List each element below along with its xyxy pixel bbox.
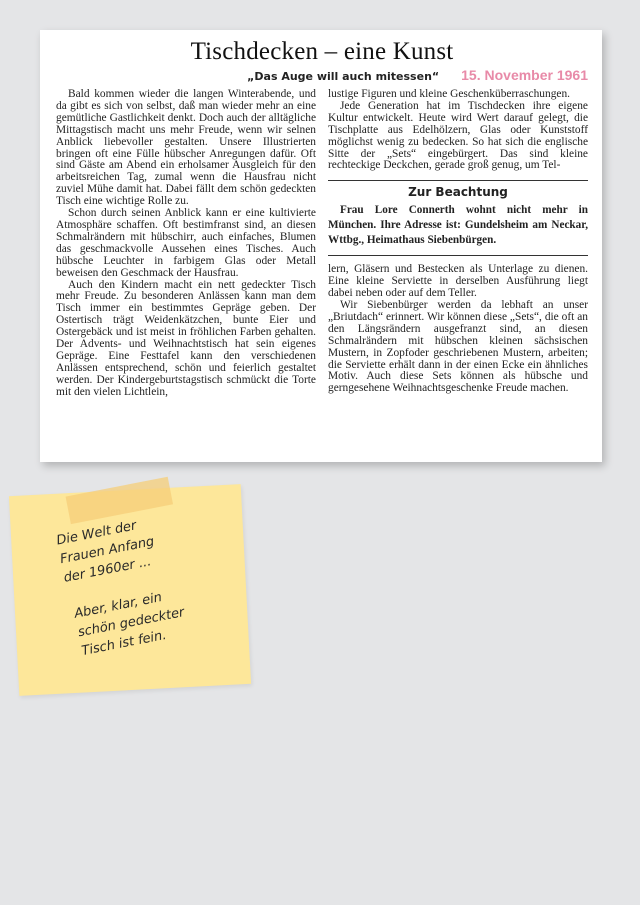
article-columns: Bald kommen wieder die langen Winteraben… bbox=[56, 89, 588, 399]
subline: „Das Auge will auch mitessen“ 15. Novemb… bbox=[56, 67, 588, 87]
paragraph: Jede Generation hat im Tischdecken ihre … bbox=[328, 101, 588, 172]
headline: Tischdecken – eine Kunst bbox=[56, 38, 588, 66]
paragraph: Wir Siebenbürger werden da lebhaft an un… bbox=[328, 300, 588, 395]
notice-box: Zur Beachtung Frau Lore Connerth wohnt n… bbox=[328, 180, 588, 256]
subtitle: „Das Auge will auch mitessen“ bbox=[247, 70, 439, 83]
sticky-note: Die Welt der Frauen Anfang der 1960er ..… bbox=[9, 484, 251, 696]
left-column: Bald kommen wieder die langen Winteraben… bbox=[56, 89, 316, 399]
date-label: 15. November 1961 bbox=[461, 67, 588, 83]
tape-strip bbox=[66, 477, 173, 524]
notice-body: Frau Lore Connerth wohnt nicht mehr in M… bbox=[328, 203, 588, 248]
note-text-1: Die Welt der Frauen Anfang der 1960er ..… bbox=[55, 514, 160, 588]
paragraph: lern, Gläsern und Bestecken als Unterlag… bbox=[328, 264, 588, 300]
newspaper-clipping: Tischdecken – eine Kunst „Das Auge will … bbox=[40, 30, 602, 462]
right-column: lustige Figuren und kleine Geschenküberr… bbox=[328, 89, 588, 399]
notice-title: Zur Beachtung bbox=[328, 187, 588, 199]
paragraph: Auch den Kindern macht ein nett gedeckte… bbox=[56, 280, 316, 399]
paragraph: Schon durch seinen Anblick kann er eine … bbox=[56, 208, 316, 279]
paragraph: Bald kommen wieder die langen Winteraben… bbox=[56, 89, 316, 208]
note-text-2: Aber, klar, ein schön gedeckter Tisch is… bbox=[73, 584, 190, 661]
